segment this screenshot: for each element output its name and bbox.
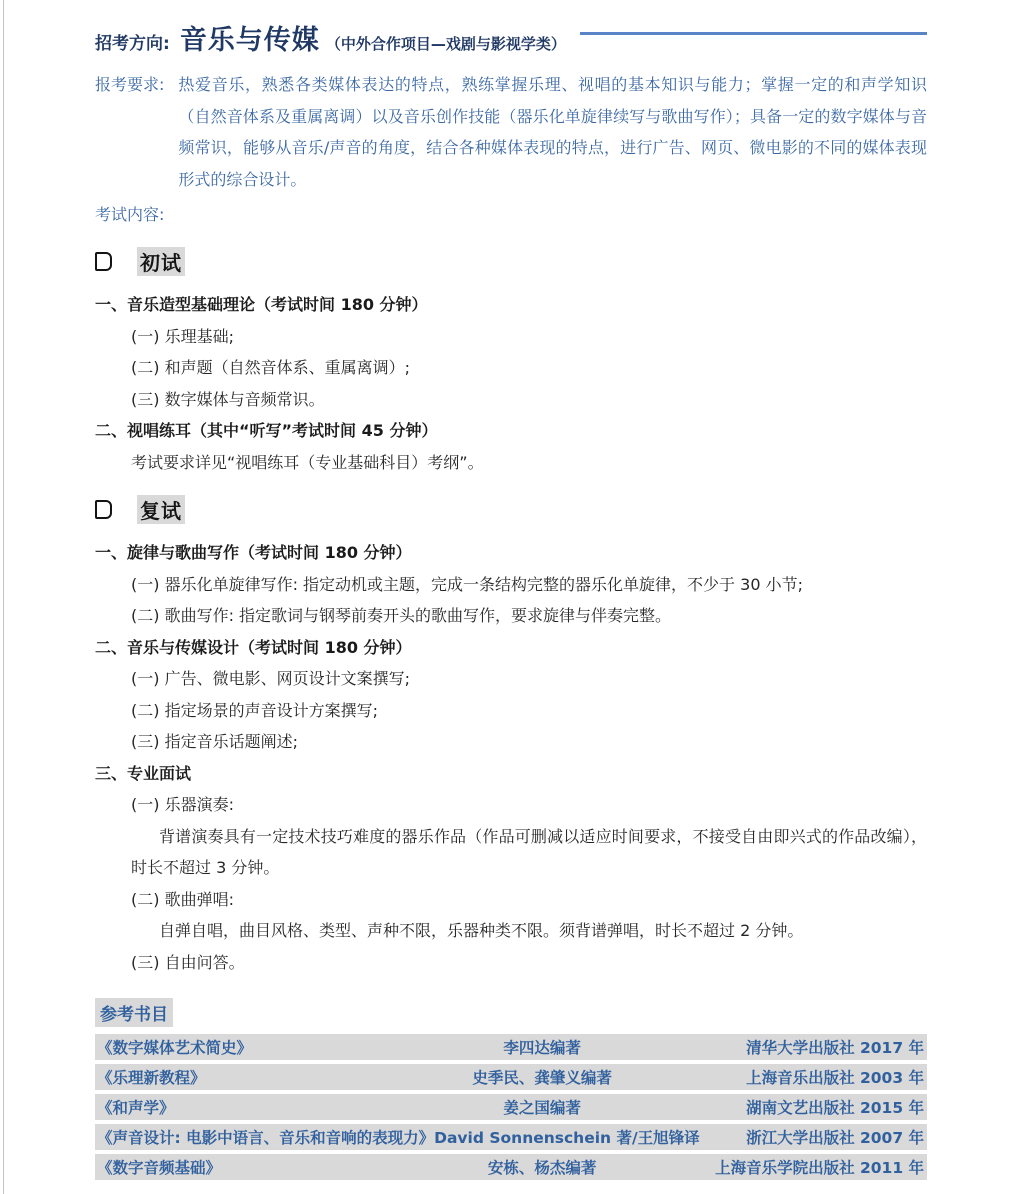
content-line: 三、专业面试 [95,758,927,790]
table-row: 《数字音频基础》 安栋、杨杰编著 上海音乐学院出版社 2011 年 [95,1154,927,1180]
content-line: (三) 数字媒体与音频常识。 [95,384,927,416]
section-title: 初试 [137,247,185,276]
table-row: 《数字媒体艺术简史》 李四达编著 清华大学出版社 2017 年 [95,1034,927,1060]
table-row: 《乐理新教程》 史季民、龚肇义编著 上海音乐出版社 2003 年 [95,1064,927,1090]
book-publisher-cell: 上海音乐学院出版社 2011 年 [671,1156,927,1178]
content-line: (二) 歌曲写作: 指定歌词与钢琴前奏开头的歌曲写作，要求旋律与伴奏完整。 [95,600,927,632]
references-label: 参考书目 [95,998,173,1027]
content-line: (一) 器乐化单旋律写作: 指定动机或主题，完成一条结构完整的器乐化单旋律，不少… [95,569,927,601]
page-title-subtitle: （中外合作项目—戏剧与影视学类） [326,33,566,54]
admission-direction-label: 招考方向: [95,29,170,54]
section-second-round: 复试 一、旋律与歌曲写作（考试时间 180 分钟） (一) 器乐化单旋律写作: … [95,495,927,978]
section-second-round-header: 复试 [95,495,927,524]
book-title-cell: 《声音设计: 电影中语言、音乐和音响的表现力》 [95,1126,434,1148]
content-line: 二、视唱练耳（其中“听写”考试时间 45 分钟） [95,415,927,447]
book-author-cell: 李四达编著 [413,1036,671,1058]
content-line: 背谱演奏具有一定技术技巧难度的器乐作品（作品可删减以适应时间要求，不接受自由即兴… [95,821,927,884]
book-author-cell: 安栋、杨杰编著 [413,1156,671,1178]
requirements-block: 报考要求: 热爱音乐，熟悉各类媒体表达的特点，熟练掌握乐理、视唱的基本知识与能力… [95,69,927,195]
section-first-round-header: 初试 [95,247,927,276]
book-publisher-cell: 上海音乐出版社 2003 年 [671,1066,927,1088]
references-table: 《数字媒体艺术简史》 李四达编著 清华大学出版社 2017 年 《乐理新教程》 … [95,1034,927,1180]
content-line: (一) 广告、微电影、网页设计文案撰写; [95,663,927,695]
document-page: 招考方向: 音乐与传媒 （中外合作项目—戏剧与影视学类） 报考要求: 热爱音乐，… [0,0,1024,1194]
title-divider-rule [580,32,927,35]
checkbox-icon [95,252,112,271]
content-line: 自弹自唱，曲目风格、类型、声种不限，乐器种类不限。须背谱弹唱，时长不超过 2 分… [95,915,927,947]
content-line: (一) 乐器演奏: [95,789,927,821]
content-line: (二) 和声题（自然音体系、重属离调）; [95,352,927,384]
content-line: (三) 自由问答。 [95,947,927,979]
content-line: (一) 乐理基础; [95,321,927,353]
content-line: 二、音乐与传媒设计（考试时间 180 分钟） [95,632,927,664]
book-author-cell: 史季民、龚肇义编著 [413,1066,671,1088]
book-author-cell: David Sonnenschein 著/王旭锋译 [434,1126,700,1148]
content-line: (二) 指定场景的声音设计方案撰写; [95,695,927,727]
checkbox-icon [95,500,112,519]
document-header: 招考方向: 音乐与传媒 （中外合作项目—戏剧与影视学类） [95,18,927,57]
book-title-cell: 《乐理新教程》 [95,1066,413,1088]
content-line: 一、音乐造型基础理论（考试时间 180 分钟） [95,289,927,321]
book-publisher-cell: 清华大学出版社 2017 年 [671,1036,927,1058]
book-title-cell: 《数字媒体艺术简史》 [95,1036,413,1058]
exam-content-label: 考试内容: [95,200,927,230]
table-row: 《和声学》 姜之国编著 湖南文艺出版社 2015 年 [95,1094,927,1120]
page-title: 音乐与传媒 [180,18,320,57]
section-title: 复试 [137,495,185,524]
book-title-cell: 《数字音频基础》 [95,1156,413,1178]
book-title-cell: 《和声学》 [95,1096,413,1118]
section-first-round: 初试 一、音乐造型基础理论（考试时间 180 分钟） (一) 乐理基础; (二)… [95,247,927,478]
page-left-border [3,0,4,1194]
table-row: 《声音设计: 电影中语言、音乐和音响的表现力》 David Sonnensche… [95,1124,927,1150]
content-line: (三) 指定音乐话题阐述; [95,726,927,758]
requirements-text: 热爱音乐，熟悉各类媒体表达的特点，熟练掌握乐理、视唱的基本知识与能力；掌握一定的… [178,69,927,195]
book-publisher-cell: 浙江大学出版社 2007 年 [700,1126,927,1148]
requirements-label: 报考要求: [95,69,164,195]
content-line: 一、旋律与歌曲写作（考试时间 180 分钟） [95,537,927,569]
content-line: (二) 歌曲弹唱: [95,884,927,916]
content-line: 考试要求详见“视唱练耳（专业基础科目）考纲”。 [95,447,927,479]
book-author-cell: 姜之国编著 [413,1096,671,1118]
book-publisher-cell: 湖南文艺出版社 2015 年 [671,1096,927,1118]
